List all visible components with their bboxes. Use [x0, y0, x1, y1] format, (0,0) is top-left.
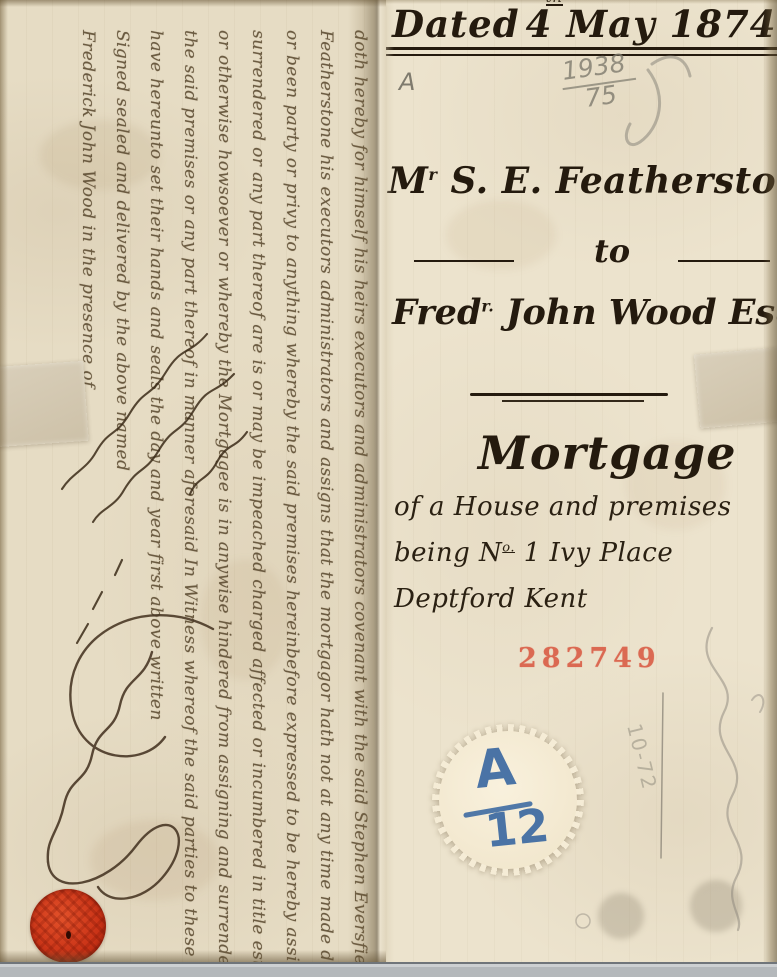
pencil-flourish-after-fraction: [626, 57, 690, 145]
left-page: doth hereby for himself his heirs execut…: [0, 0, 386, 962]
signature-flourish-loop: [70, 615, 213, 756]
witness-mark-scribble: [77, 560, 122, 643]
page-edge: [0, 0, 8, 962]
pencil-circle-mark: [576, 914, 590, 928]
page-edge: [0, 950, 386, 962]
ink-signatures: [0, 0, 386, 962]
signatory-signature-scribble: [48, 652, 152, 862]
pencil-scribbles: [386, 0, 777, 962]
cover-page: Dated4th May 1874 A 1938 75 Mr S. E. Fea…: [386, 0, 777, 962]
tape-patch: [0, 361, 89, 447]
page-edge: [0, 0, 386, 7]
witness-address-scribble: [93, 374, 234, 522]
scanned-mortgage-deed: doth hereby for himself his heirs execut…: [0, 0, 777, 977]
wax-seal-center-mark: [66, 931, 71, 939]
pencil-vertical-line: [661, 693, 663, 858]
pencil-vertical-scribble: [706, 628, 741, 930]
signature-tail-flourish: [48, 825, 179, 899]
witness-town-scribble: [190, 432, 247, 494]
pencil-loop-mark: [752, 695, 763, 712]
page-stack-edge: [763, 0, 777, 962]
page-edge: [386, 0, 777, 4]
page-fold-gutter: [348, 0, 394, 962]
scanner-background-strip: [0, 962, 777, 977]
